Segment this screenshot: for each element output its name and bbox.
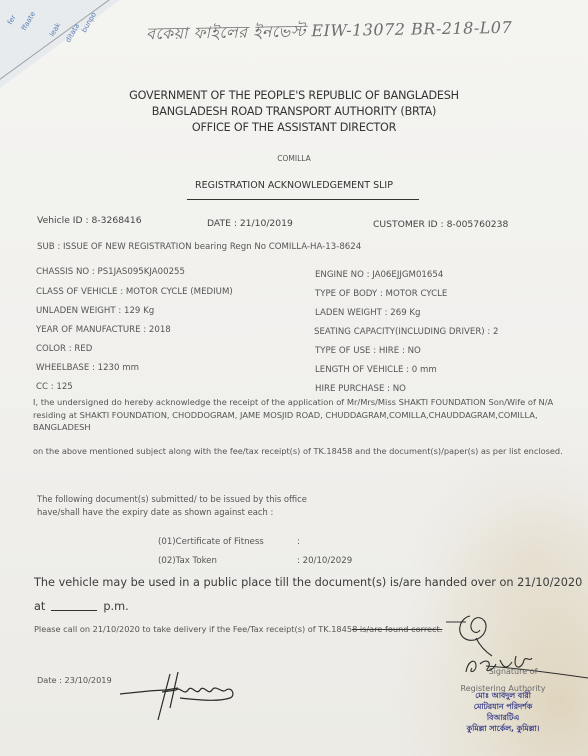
year-of-manufacture: YEAR OF MANUFACTURE : 2018	[36, 325, 171, 335]
seating-capacity: SEATING CAPACITY(INCLUDING DRIVER) : 2	[314, 327, 499, 337]
laden-weight: LADEN WEIGHT : 269 Kg	[315, 308, 421, 318]
class-of-vehicle: CLASS OF VEHICLE : MOTOR CYCLE (MEDIUM)	[36, 287, 233, 297]
color: COLOR : RED	[36, 344, 92, 354]
chassis-no: CHASSIS NO : PS1JAS095KJA00255	[36, 267, 185, 277]
delivery-text: Please call on 21/10/2020 to take delive…	[34, 624, 352, 634]
vehicle-id: Vehicle ID : 8-3268416	[37, 215, 142, 226]
office-location: COMILLA	[0, 154, 588, 163]
cc: CC : 125	[36, 382, 73, 392]
length-of-vehicle: LENGTH OF VEHICLE : 0 mm	[315, 365, 437, 375]
subject-line: SUB : ISSUE OF NEW REGISTRATION bearing …	[37, 242, 361, 252]
seal-organization: বিআরটিএ	[438, 712, 568, 723]
slip-title: REGISTRATION ACKNOWLEDGEMENT SLIP	[0, 180, 588, 191]
slip-date: DATE : 21/10/2019	[207, 218, 293, 229]
at-time-line: atp.m.	[34, 600, 129, 613]
signature-caption-1: Signature of	[458, 666, 568, 677]
header-office: OFFICE OF THE ASSISTANT DIRECTOR	[0, 121, 588, 134]
engine-no: ENGINE NO : JA06EJJGM01654	[315, 270, 443, 280]
wheelbase: WHEELBASE : 1230 mm	[36, 363, 139, 373]
document-expiry: :	[297, 537, 300, 547]
header-authority: BANGLADESH ROAD TRANSPORT AUTHORITY (BRT…	[0, 105, 588, 118]
hire-purchase: HIRE PURCHASE : NO	[315, 384, 406, 394]
type-of-use: TYPE OF USE : HIRE : NO	[315, 346, 421, 356]
documents-intro: The following document(s) submitted/ to …	[37, 493, 317, 518]
delivery-struck-text: 8 is/are found correct.	[352, 624, 442, 634]
seal-location: কুমিল্লা সার্কেল, কুমিল্লা।	[438, 723, 568, 734]
document-name: (01)Certificate of Fitness	[158, 537, 264, 547]
stamp-paper-corner	[0, 0, 120, 88]
officer-seal: মোঃ আবদুল বারী মোটরযান পরিদর্শক বিআরটিএ …	[438, 690, 568, 734]
fee-line: on the above mentioned subject along wit…	[33, 446, 563, 456]
document-expiry: : 20/10/2029	[297, 556, 352, 566]
officer-signature	[118, 668, 278, 728]
seal-name: মোঃ আবদুল বারী	[438, 690, 568, 701]
public-use-statement: The vehicle may be used in a public plac…	[34, 576, 582, 589]
at-label: at	[34, 600, 45, 613]
title-underline	[187, 199, 419, 200]
acknowledgement-paragraph: I, the undersigned do hereby acknowledge…	[33, 396, 563, 434]
seal-designation: মোটরযান পরিদর্শক	[438, 701, 568, 712]
document-name: (02)Tax Token	[158, 556, 217, 566]
header-government: GOVERNMENT OF THE PEOPLE'S REPUBLIC OF B…	[0, 89, 588, 102]
unladen-weight: UNLADEN WEIGHT : 129 Kg	[36, 306, 154, 316]
customer-id: CUSTOMER ID : 8-005760238	[373, 219, 508, 230]
delivery-line: Please call on 21/10/2020 to take delive…	[34, 624, 442, 634]
authority-signature	[446, 612, 588, 692]
pm-label: p.m.	[103, 600, 128, 613]
footer-date: Date : 23/10/2019	[37, 675, 112, 685]
type-of-body: TYPE OF BODY : MOTOR CYCLE	[315, 289, 447, 299]
time-blank	[51, 600, 97, 611]
